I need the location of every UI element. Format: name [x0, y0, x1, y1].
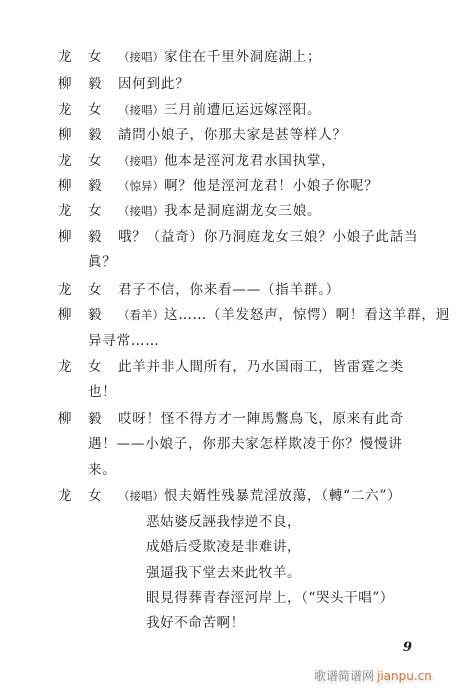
spoken-text: 家住在千里外洞庭湖上；: [164, 49, 321, 65]
dialogue-line: 柳毅（惊异）啊？他是涇河龙君！小娘子你呢？: [0, 178, 465, 194]
spoken-text: 因何到此？: [118, 76, 190, 92]
speaker-char-1: 柳: [58, 229, 72, 245]
dialogue-text: （接唱）家住在千里外洞庭湖上；: [118, 49, 321, 65]
speaker-char-1: 龙: [58, 282, 72, 298]
continuation-text: 也！: [88, 384, 117, 400]
dialogue-line: 龙女（接唱）恨夫婿性残暴荒淫放蕩，（轉“二六”）: [0, 488, 465, 504]
dialogue-line: 龙女（接唱）他本是涇河龙君水国执掌，: [0, 153, 465, 169]
verse-text: 成婚后受欺凌是非难讲，: [146, 539, 301, 555]
verse-text: 我好不命苦啊！: [146, 615, 245, 631]
watermark-domain: jianpu.cn: [377, 669, 432, 683]
dialogue-text: （接唱）我本是洞庭湖龙女三娘。: [118, 203, 321, 219]
spoken-text: 君子不信，你来看——（指羊群。）: [118, 282, 340, 298]
stage-direction: （接唱）: [118, 154, 164, 168]
dialogue-text: 請問小娘子，你那夫家是甚等样人？: [118, 127, 347, 143]
dialogue-text: （接唱）恨夫婿性残暴荒淫放蕩，（轉“二六”）: [118, 488, 401, 504]
spoken-text: 三月前遭厄运远嫁涇阳。: [164, 102, 321, 118]
dialogue-text: 此羊并非人間所有，乃水国雨工，皆雷霆之类: [118, 359, 404, 375]
stage-direction: （接唱）: [118, 489, 164, 503]
speaker-char-2: 女: [88, 49, 102, 65]
spoken-text: 哦？（益奇）你乃洞庭龙女三娘？小娘子此話当: [118, 229, 418, 245]
dialogue-line: 龙女此羊并非人間所有，乃水国雨工，皆雷霆之类: [0, 359, 465, 375]
continuation-text: 来。: [88, 462, 117, 478]
stage-direction: （看羊）: [118, 308, 164, 322]
speaker-char-1: 龙: [58, 359, 72, 375]
speaker-char-1: 柳: [58, 76, 72, 92]
dialogue-line: 龙女（接唱）家住在千里外洞庭湖上；: [0, 49, 465, 65]
speaker-char-2: 女: [88, 153, 102, 169]
dialogue-text: 哦？（益奇）你乃洞庭龙女三娘？小娘子此話当: [118, 229, 418, 245]
spoken-text: 这……（羊发怒声，惊愕）啊！看这羊群，迥: [164, 307, 450, 323]
speaker-char-2: 女: [88, 203, 102, 219]
page-number: 9: [403, 640, 412, 655]
continuation-text: 异寻常……: [88, 333, 160, 349]
dialogue-line: 柳毅哎呀！怪不得方才一陣馬鷩鳥飞，原来有此奇: [0, 411, 465, 427]
dialogue-text: （接唱）他本是涇河龙君水国执掌，: [118, 153, 336, 169]
watermark: 歌谱简谱网jianpu.cn: [314, 667, 432, 684]
speaker-char-1: 柳: [58, 307, 72, 323]
stage-direction: （接唱）: [118, 50, 164, 64]
spoken-text: 此羊并非人間所有，乃水国雨工，皆雷霆之类: [118, 359, 404, 375]
stage-direction: （接唱）: [118, 204, 164, 218]
spoken-text: 請問小娘子，你那夫家是甚等样人？: [118, 127, 347, 143]
spoken-text: 我本是洞庭湖龙女三娘。: [164, 203, 321, 219]
verse-text: 强逼我下堂去来此牧羊。: [146, 565, 301, 581]
speaker-char-1: 龙: [58, 203, 72, 219]
dialogue-text: （接唱）三月前遭厄运远嫁涇阳。: [118, 102, 321, 118]
speaker-char-2: 毅: [88, 307, 102, 323]
speaker-char-1: 龙: [58, 153, 72, 169]
dialogue-line: 柳毅（看羊）这……（羊发怒声，惊愕）啊！看这羊群，迥: [0, 307, 465, 323]
spoken-text: 啊？他是涇河龙君！小娘子你呢？: [164, 178, 379, 194]
speaker-char-1: 柳: [58, 178, 72, 194]
speaker-char-1: 柳: [58, 127, 72, 143]
stage-direction: （惊异）: [118, 179, 164, 193]
verse-text: 眼見得葬青春涇河岸上，（“哭头干唱”）: [146, 590, 394, 606]
speaker-char-2: 毅: [88, 127, 102, 143]
speaker-char-1: 龙: [58, 49, 72, 65]
speaker-char-1: 龙: [58, 102, 72, 118]
dialogue-line: 柳毅因何到此？: [0, 76, 465, 92]
speaker-char-1: 龙: [58, 488, 72, 504]
dialogue-line: 柳毅哦？（益奇）你乃洞庭龙女三娘？小娘子此話当: [0, 229, 465, 245]
spoken-text: 恨夫婿性残暴荒淫放蕩，（轉“二六”）: [164, 488, 401, 504]
dialogue-line: 龙女（接唱）三月前遭厄运远嫁涇阳。: [0, 102, 465, 118]
speaker-char-2: 毅: [88, 76, 102, 92]
speaker-char-2: 毅: [88, 178, 102, 194]
dialogue-text: （惊异）啊？他是涇河龙君！小娘子你呢？: [118, 178, 379, 194]
stage-direction: （接唱）: [118, 103, 164, 117]
speaker-char-2: 毅: [88, 411, 102, 427]
spoken-text: 哎呀！怪不得方才一陣馬鷩鳥飞，原来有此奇: [118, 411, 404, 427]
dialogue-line: 龙女（接唱）我本是洞庭湖龙女三娘。: [0, 203, 465, 219]
continuation-text: 眞？: [88, 254, 117, 270]
continuation-text: 遇！——小娘子，你那夫家怎样欺凌于你？慢慢讲: [88, 436, 403, 452]
verse-text: 恶姑婆反誣我悖逆不良，: [146, 514, 301, 530]
watermark-site-name: 歌谱简谱网: [314, 669, 374, 683]
dialogue-text: 因何到此？: [118, 76, 190, 92]
dialogue-line: 柳毅請問小娘子，你那夫家是甚等样人？: [0, 127, 465, 143]
dialogue-text: （看羊）这……（羊发怒声，惊愕）啊！看这羊群，迥: [118, 307, 450, 323]
spoken-text: 他本是涇河龙君水国执掌，: [164, 153, 336, 169]
speaker-char-2: 女: [88, 359, 102, 375]
speaker-char-2: 毅: [88, 229, 102, 245]
speaker-char-2: 女: [88, 282, 102, 298]
dialogue-text: 君子不信，你来看——（指羊群。）: [118, 282, 340, 298]
dialogue-text: 哎呀！怪不得方才一陣馬鷩鳥飞，原来有此奇: [118, 411, 404, 427]
speaker-char-1: 柳: [58, 411, 72, 427]
speaker-char-2: 女: [88, 102, 102, 118]
dialogue-line: 龙女君子不信，你来看——（指羊群。）: [0, 282, 465, 298]
speaker-char-2: 女: [88, 488, 102, 504]
